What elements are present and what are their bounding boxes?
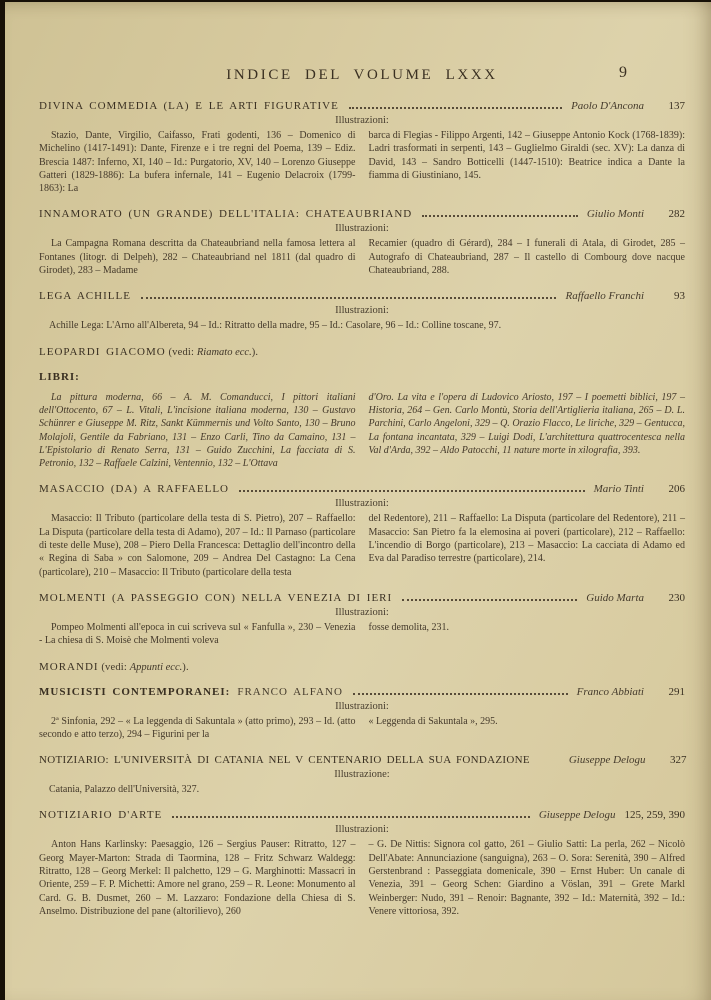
book-list-column-left: La pittura moderna, 66 – A. M. Comanducc…	[39, 391, 356, 471]
entry-title: INNAMORATO (UN GRANDE) DELL'ITALIA: CHAT…	[39, 208, 412, 220]
entry-heading-row: NOTIZIARIO D'ARTE Giuseppe Delogu 125, 2…	[39, 809, 685, 821]
illustrations-columns: Stazio, Dante, Virgilio, Caifasso, Frati…	[39, 129, 685, 195]
index-entry-lega-achille: LEGA ACHILLE Raffaello Franchi 93 Illust…	[39, 290, 685, 332]
illustrations-column-right: barca di Flegias - Filippo Argenti, 142 …	[369, 129, 686, 195]
cross-reference-line: MORANDI (vedi: Appunti ecc.).	[39, 661, 685, 673]
leader-dots	[349, 107, 562, 109]
index-entry-notiziario-arte: NOTIZIARIO D'ARTE Giuseppe Delogu 125, 2…	[39, 809, 685, 918]
entry-heading-row: MASACCIO (DA) A RAFFAELLO Mario Tinti 20…	[39, 483, 685, 495]
leader-dots	[141, 297, 557, 299]
entry-heading-row: MUSICISTI CONTEMPORANEI: FRANCO ALFANO F…	[39, 686, 685, 698]
vedi-text: (vedi:	[168, 347, 194, 358]
book-list-columns: La pittura moderna, 66 – A. M. Comanducc…	[39, 391, 685, 471]
illustrations-columns: La Campagna Romana descritta da Chateaub…	[39, 237, 685, 277]
entry-heading-row: LEGA ACHILLE Raffaello Franchi 93	[39, 290, 685, 302]
vedi-reference: Appunti ecc.	[130, 662, 182, 673]
illustrations-label: Illustrazioni:	[39, 607, 685, 618]
entry-author: Guido Marta	[586, 592, 644, 604]
leader-dots	[422, 215, 578, 217]
index-entry-morandi: MORANDI (vedi: Appunti ecc.).	[39, 661, 685, 673]
entry-author: Giuseppe Delogu	[539, 809, 616, 821]
vedi-text: (vedi:	[101, 662, 127, 673]
illustrations-column-left: Masaccio: Il Tributo (particolare della …	[39, 512, 356, 578]
page-header: INDICE DEL VOLUME LXXX 9	[39, 66, 685, 84]
illustrations-column-right: Recamier (quadro di Gérard), 284 – I fun…	[369, 237, 686, 277]
entry-page-number: 291	[653, 686, 685, 698]
illustrations-columns: 2ª Sinfonia, 292 – « La leggenda di Saku…	[39, 715, 685, 742]
entry-title: MUSICISTI CONTEMPORANEI:	[39, 686, 230, 698]
entry-author: Giulio Monti	[587, 208, 644, 220]
index-entry-leopardi: LEOPARDI GIACOMO (vedi: Riamato ecc.).	[39, 346, 685, 358]
book-list-column-right: d'Oro. La vita e l'opera di Ludovico Ari…	[369, 391, 686, 471]
illustrations-label: Illustrazioni:	[39, 498, 685, 509]
illustrations-column-left: La Campagna Romana descritta da Chateaub…	[39, 237, 356, 277]
index-entry-innamorato: INNAMORATO (UN GRANDE) DELL'ITALIA: CHAT…	[39, 208, 685, 277]
illustrations-columns: Pompeo Molmenti all'epoca in cui scrivev…	[39, 621, 685, 648]
entry-subtitle: FRANCO ALFANO	[237, 686, 343, 698]
illustrations-label: Illustrazioni:	[39, 223, 685, 234]
entry-page-number: 93	[653, 290, 685, 302]
index-entry-molmenti: MOLMENTI (A PASSEGGIO CON) NELLA VENEZIA…	[39, 592, 685, 648]
leader-dots	[353, 693, 568, 695]
illustrations-column-left: 2ª Sinfonia, 292 – « La leggenda di Saku…	[39, 715, 356, 742]
scanned-index-page: INDICE DEL VOLUME LXXX 9 DIVINA COMMEDIA…	[5, 2, 711, 1000]
entry-title: MOLMENTI (A PASSEGGIO CON) NELLA VENEZIA…	[39, 592, 392, 604]
illustrations-column-right: « Leggenda di Sakuntala », 295.	[369, 715, 686, 742]
index-entry-divina-commedia: DIVINA COMMEDIA (LA) E LE ARTI FIGURATIV…	[39, 100, 685, 195]
page-title: INDICE DEL VOLUME LXXX	[226, 67, 497, 83]
illustrations-columns: Masaccio: Il Tributo (particolare della …	[39, 512, 685, 578]
illustrations-single-line: Catania, Palazzo dell'Università, 327.	[39, 783, 685, 796]
entry-title: NOTIZIARIO D'ARTE	[39, 809, 162, 821]
entry-page-number: 125, 259, 390	[625, 809, 686, 821]
illustrations-label: Illustrazioni:	[39, 701, 685, 712]
entry-title: LIBRI:	[39, 371, 80, 383]
entry-heading-row: LIBRI:	[39, 371, 685, 383]
index-entry-libri: LIBRI: La pittura moderna, 66 – A. M. Co…	[39, 371, 685, 471]
illustrations-label: Illustrazioni:	[39, 824, 685, 835]
index-entry-notiziario-universita: NOTIZIARIO: L'UNIVERSITÀ DI CATANIA NEL …	[39, 754, 685, 796]
illustrations-column-right: – G. De Nittis: Signora col gatto, 261 –…	[369, 838, 686, 918]
illustrations-column-right: del Redentore), 211 – Raffaello: La Disp…	[369, 512, 686, 578]
folio-page-number: 9	[619, 64, 627, 82]
entry-author: Giuseppe Delogu	[569, 754, 646, 766]
entry-author: Franco Abbiati	[577, 686, 644, 698]
illustrations-column-left: Anton Hans Karlinsky: Paesaggio, 126 – S…	[39, 838, 356, 918]
illustrations-label: Illustrazione:	[39, 769, 685, 780]
entry-heading-row: MOLMENTI (A PASSEGGIO CON) NELLA VENEZIA…	[39, 592, 685, 604]
entry-author: Mario Tinti	[594, 483, 644, 495]
illustrations-label: Illustrazioni:	[39, 305, 685, 316]
entry-title: MORANDI	[39, 661, 99, 673]
entry-page-number: 230	[653, 592, 685, 604]
illustrations-columns: Anton Hans Karlinsky: Paesaggio, 126 – S…	[39, 838, 685, 918]
entry-author: Raffaello Franchi	[565, 290, 644, 302]
entry-heading-row: NOTIZIARIO: L'UNIVERSITÀ DI CATANIA NEL …	[39, 754, 685, 766]
entry-title: NOTIZIARIO: L'UNIVERSITÀ DI CATANIA NEL …	[39, 754, 530, 766]
entry-page-number: 137	[653, 100, 685, 112]
illustrations-single-line: Achille Lega: L'Arno all'Albereta, 94 – …	[39, 319, 685, 332]
entry-page-number: 282	[653, 208, 685, 220]
entry-title: MASACCIO (DA) A RAFFAELLO	[39, 483, 229, 495]
vedi-close: ).	[182, 662, 189, 673]
index-entry-masaccio: MASACCIO (DA) A RAFFAELLO Mario Tinti 20…	[39, 483, 685, 578]
vedi-reference: Riamato ecc.	[197, 347, 252, 358]
vedi-close: ).	[252, 347, 259, 358]
leader-dots	[402, 599, 577, 601]
entry-heading-row: DIVINA COMMEDIA (LA) E LE ARTI FIGURATIV…	[39, 100, 685, 112]
entry-author: Paolo D'Ancona	[571, 100, 644, 112]
illustrations-column-left: Stazio, Dante, Virgilio, Caifasso, Frati…	[39, 129, 356, 195]
entry-page-number: 327	[655, 754, 687, 766]
entry-title: DIVINA COMMEDIA (LA) E LE ARTI FIGURATIV…	[39, 100, 339, 112]
entry-title: LEOPARDI GIACOMO	[39, 346, 166, 358]
illustrations-label: Illustrazioni:	[39, 115, 685, 126]
leader-dots	[239, 490, 585, 492]
entry-title: LEGA ACHILLE	[39, 290, 131, 302]
cross-reference-line: LEOPARDI GIACOMO (vedi: Riamato ecc.).	[39, 346, 685, 358]
leader-dots	[172, 816, 530, 818]
illustrations-column-left: Pompeo Molmenti all'epoca in cui scrivev…	[39, 621, 356, 648]
illustrations-column-right: fosse demolita, 231.	[369, 621, 686, 648]
index-entry-musicisti: MUSICISTI CONTEMPORANEI: FRANCO ALFANO F…	[39, 686, 685, 742]
entry-page-number: 206	[653, 483, 685, 495]
entry-heading-row: INNAMORATO (UN GRANDE) DELL'ITALIA: CHAT…	[39, 208, 685, 220]
